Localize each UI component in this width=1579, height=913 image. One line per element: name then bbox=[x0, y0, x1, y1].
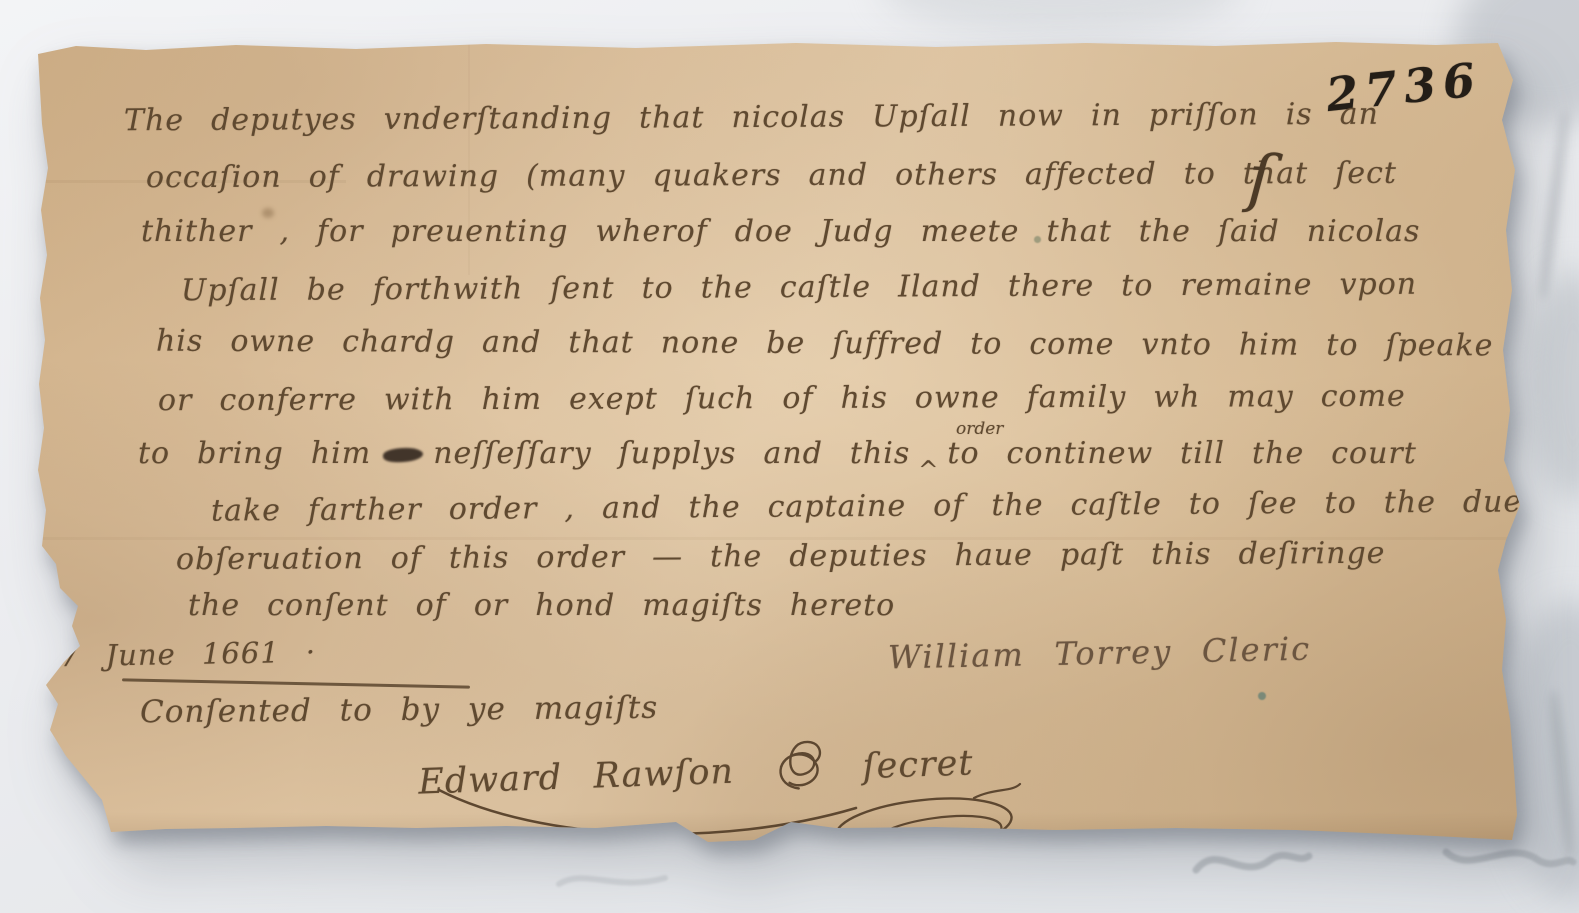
manuscript-line-8: take farther order , and the captaine of… bbox=[211, 484, 1522, 528]
manuscript-line-2: occaſion of drawing (many quakers and ot… bbox=[146, 156, 1397, 195]
manuscript-line-1: The deputyes vnderſtanding that nicolas … bbox=[124, 97, 1379, 139]
line-7-end: to continew till the court bbox=[947, 436, 1416, 471]
insertion-caret: ^ bbox=[918, 456, 939, 484]
backdrop-squiggle-center bbox=[555, 866, 670, 896]
ink-blot bbox=[383, 447, 424, 464]
backdrop-texture-right-mid bbox=[1528, 270, 1579, 500]
manuscript-line-6: or conferre with him exept ſuch of his o… bbox=[158, 379, 1406, 418]
date-annotation: 7 June 1661 · bbox=[60, 635, 317, 673]
manuscript-paper-wrap: 2736 The deputyes vnderſtanding that nic… bbox=[36, 40, 1522, 846]
manuscript-line-3: thither , for preuenting wherof doe Judg… bbox=[141, 214, 1420, 249]
manuscript-line-5: his owne chardg and that none be ſuffred… bbox=[156, 324, 1493, 364]
consent-line: Conſented to by ye magiſts bbox=[140, 690, 659, 731]
date-underline bbox=[122, 678, 470, 688]
signature-underline-swoosh bbox=[431, 782, 861, 852]
signature-paraph bbox=[824, 778, 1024, 878]
manuscript-line-9: obſeruation of this order — the deputies… bbox=[176, 536, 1386, 577]
manuscript-line-7: to bring himneſſeſſary ſupplys and this^… bbox=[138, 436, 1417, 471]
manuscript-line-4: Upſall be forthwith ſent to the caſtle I… bbox=[181, 267, 1417, 308]
manuscript-scan: 2736 The deputyes vnderſtanding that nic… bbox=[0, 0, 1579, 913]
clerk-signature: William Torrey Cleric bbox=[888, 630, 1312, 677]
manuscript-paper: 2736 The deputyes vnderſtanding that nic… bbox=[36, 40, 1522, 846]
manuscript-line-10: the conſent of or hond magiſts hereto bbox=[188, 588, 895, 623]
line-7-mid: neſſeſſary ſupplys and this bbox=[433, 436, 910, 471]
line-7-pre: to bring him bbox=[138, 436, 371, 471]
teal-speck bbox=[1258, 692, 1266, 700]
backdrop-texture-top-center bbox=[880, 0, 1240, 35]
sect-flourish-stroke: ſ bbox=[1245, 141, 1274, 216]
